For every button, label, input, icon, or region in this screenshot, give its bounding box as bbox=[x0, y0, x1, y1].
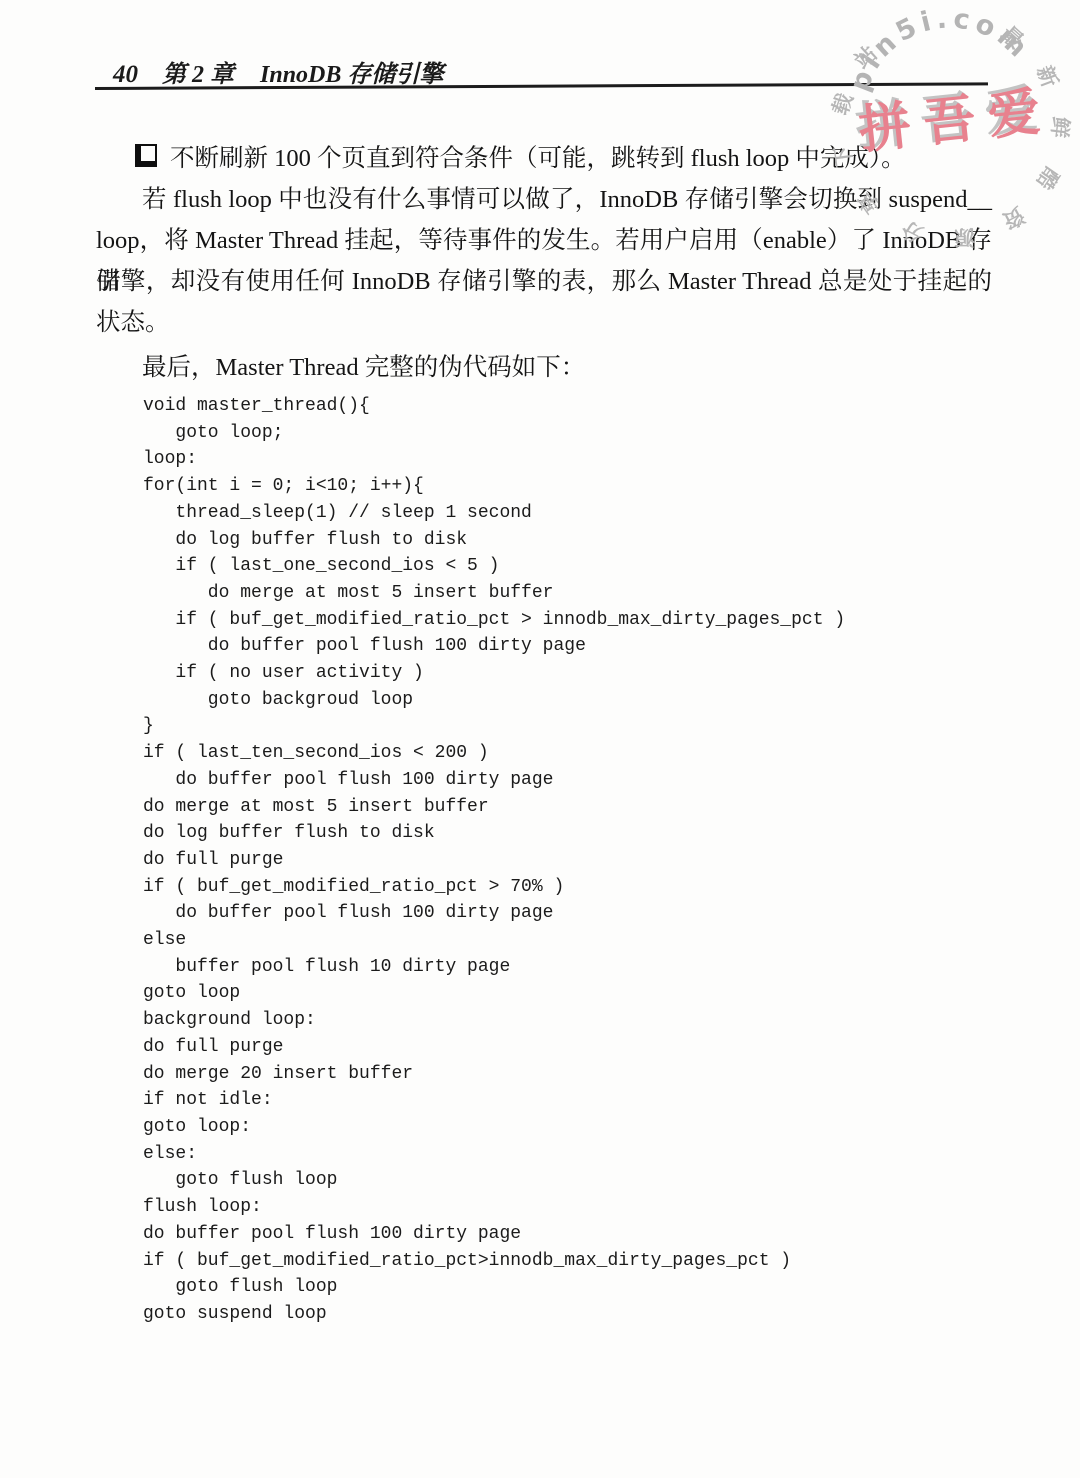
chapter-label: 第 2 章 bbox=[162, 62, 234, 88]
paragraph-line: 若 flush loop 中也没有什么事情可以做了，InnoDB 存储引擎会切换… bbox=[96, 179, 992, 220]
paragraph-line: 引擎，却没有使用任何 InnoDB 存储引擎的表，那么 Master Threa… bbox=[96, 261, 992, 302]
paragraph-line: 状态。 bbox=[96, 302, 992, 343]
chapter-title: InnoDB 存储引擎 bbox=[260, 62, 443, 88]
running-head: 40第 2 章InnoDB 存储引擎 bbox=[113, 54, 443, 89]
pseudocode-block: void master_thread(){ goto loop; loop: f… bbox=[143, 393, 845, 1328]
page-number: 40 bbox=[113, 61, 138, 88]
bullet-item-text: 不断刷新 100 个页直到符合条件（可能，跳转到 flush loop 中完成）… bbox=[170, 145, 906, 172]
paragraph-line: loop，将 Master Thread 挂起，等待事件的发生。若用户启用（en… bbox=[96, 220, 992, 261]
body-text: 不断刷新 100 个页直到符合条件（可能，跳转到 flush loop 中完成）… bbox=[96, 138, 992, 388]
lead-in-text: 最后，Master Thread 完整的伪代码如下： bbox=[96, 347, 992, 388]
bullet-list-item: 不断刷新 100 个页直到符合条件（可能，跳转到 flush loop 中完成）… bbox=[96, 138, 992, 179]
book-page: 40第 2 章InnoDB 存储引擎 pin5i.com 最新鲜酷资源分享下载站… bbox=[0, 0, 1080, 1478]
square-bullet-icon bbox=[135, 144, 157, 167]
